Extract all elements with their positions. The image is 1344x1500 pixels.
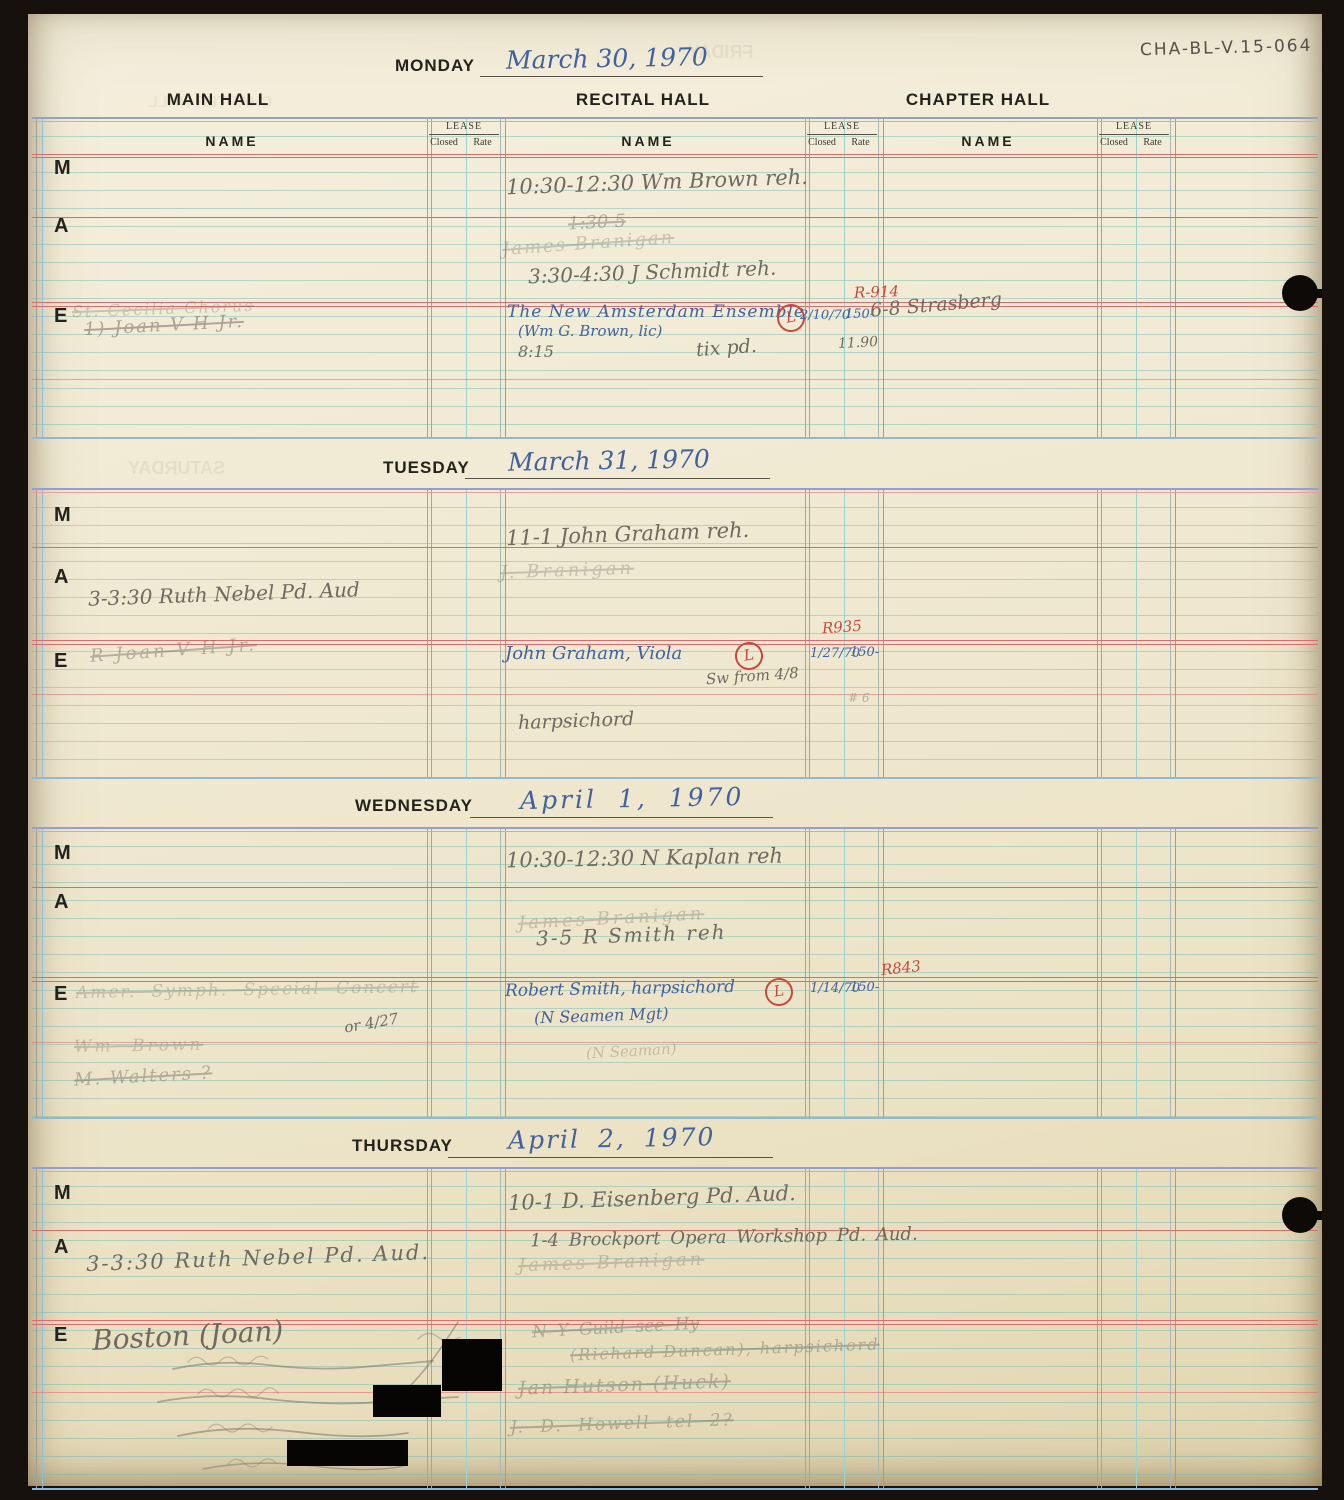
lease-label: LEASE — [1097, 121, 1171, 132]
section-rule — [32, 157, 1318, 158]
entry-smith-rehearsal: 3-5 R Smith reh — [536, 922, 727, 949]
name-header-recital: NAME — [508, 133, 788, 149]
day-label-thursday: THURSDAY — [352, 1136, 453, 1156]
lease-label: LEASE — [427, 121, 501, 132]
section-rule — [32, 887, 1318, 888]
entry-struck-brown: Wm Brown — [74, 1037, 204, 1056]
section-rule — [32, 379, 1318, 380]
row-label-afternoon: A — [54, 891, 68, 914]
entry-robert-smith: Robert Smith, harpsichord — [505, 979, 735, 1000]
row-label-morning: M — [54, 504, 71, 527]
redaction-box — [373, 1385, 441, 1417]
section-rule — [32, 694, 1318, 695]
section-rule — [32, 492, 1318, 493]
row-label-afternoon: A — [54, 215, 68, 238]
row-label-morning: M — [54, 157, 71, 180]
date-underline — [480, 76, 763, 77]
entry-time-815: 8:15 — [518, 344, 554, 360]
closed-label: Closed — [427, 137, 461, 148]
entry-struck-branigan: J. Branigan — [500, 560, 635, 583]
lease-header-main: LEASE Closed Rate — [427, 121, 501, 151]
hall-title-recital: RECITAL HALL — [483, 90, 803, 110]
date-underline — [470, 817, 773, 818]
day-label-monday: MONDAY — [395, 56, 475, 76]
date-underline — [448, 1157, 773, 1158]
lease-rate: 150- — [850, 646, 879, 659]
date-tuesday: March 31, 1970 — [508, 446, 710, 475]
lease-date: 2/10/70 — [800, 309, 850, 322]
name-header-chapter: NAME — [888, 133, 1088, 149]
lease-code: R843 — [880, 959, 921, 978]
redaction-box — [442, 1339, 502, 1391]
date-monday: March 30, 1970 — [506, 44, 708, 73]
section-rule — [32, 1171, 1318, 1172]
punch-hole-slot — [1310, 289, 1322, 298]
redaction-box — [287, 1440, 408, 1466]
lease-number-note: # 6 — [848, 692, 870, 704]
entry-new-amsterdam-ensemble: The New Amsterdam Ensemble — [507, 304, 805, 321]
section-rule — [32, 217, 1318, 218]
ghost-text: SATURDAY — [128, 458, 225, 479]
lease-header-recital: LEASE Closed Rate — [805, 121, 879, 151]
grid-wednesday — [32, 827, 1318, 1119]
day-label-wednesday: WEDNESDAY — [355, 796, 473, 816]
row-label-afternoon: A — [54, 566, 68, 589]
section-rule — [32, 154, 1318, 155]
hall-title-chapter: CHAPTER HALL — [818, 90, 1138, 110]
hall-title-main: MAIN HALL — [58, 90, 378, 110]
lease-header-chapter: LEASE Closed Rate — [1097, 121, 1171, 151]
entry-kaplan-rehearsal: 10:30-12:30 N Kaplan reh — [506, 846, 783, 872]
entry-harpsichord: harpsichord — [518, 710, 635, 733]
lease-rule — [429, 134, 499, 135]
entry-graham-viola: John Graham, Viola — [505, 645, 682, 663]
row-label-morning: M — [54, 1182, 71, 1205]
lease-rule — [1099, 134, 1169, 135]
name-header-main: NAME — [52, 133, 412, 149]
punch-hole-slot — [1310, 1211, 1322, 1220]
ledger-page: FRIDAY SATURDAY CHAPTER HALL CHA-BL-V.15… — [28, 14, 1322, 1486]
section-rule — [32, 831, 1318, 832]
row-label-morning: M — [54, 842, 71, 865]
row-label-evening: E — [54, 305, 67, 328]
row-label-evening: E — [54, 983, 67, 1006]
entry-seamen-management: (N Seamen Mgt) — [534, 1006, 669, 1027]
rate-label: Rate — [1134, 137, 1171, 148]
date-wednesday: April 1, 1970 — [520, 784, 745, 813]
entry-brown-licensee: (Wm G. Brown, lic) — [518, 324, 662, 339]
rate-label: Rate — [842, 137, 879, 148]
lease-rate: 150- — [850, 981, 879, 994]
section-rule — [32, 547, 1318, 548]
scanned-ledger-photo: FRIDAY SATURDAY CHAPTER HALL CHA-BL-V.15… — [0, 0, 1344, 1500]
lease-code: R935 — [822, 619, 863, 637]
row-label-afternoon: A — [54, 1236, 68, 1259]
lease-paid-amount: 11.90 — [838, 335, 879, 351]
lease-rule — [807, 134, 877, 135]
entry-tickets-paid: tix pd. — [695, 337, 757, 360]
archive-code: CHA-BL-V.15-064 — [1140, 38, 1313, 60]
day-label-tuesday: TUESDAY — [383, 458, 470, 478]
row-label-evening: E — [54, 650, 67, 673]
row-label-evening: E — [54, 1324, 67, 1347]
rate-label: Rate — [464, 137, 501, 148]
closed-label: Closed — [1097, 137, 1131, 148]
lease-label: LEASE — [805, 121, 879, 132]
date-thursday: April 2, 1970 — [508, 1124, 716, 1153]
date-underline — [465, 478, 770, 479]
closed-label: Closed — [805, 137, 839, 148]
